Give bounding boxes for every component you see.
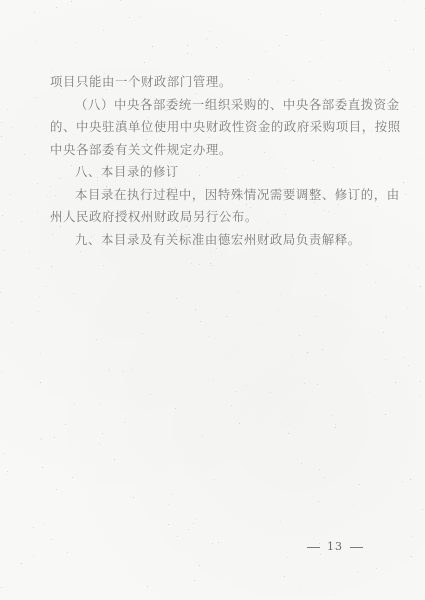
scan-noise xyxy=(301,463,302,464)
scan-noise xyxy=(188,529,189,530)
scan-noise xyxy=(99,403,100,404)
scan-noise xyxy=(411,536,412,537)
scan-noise xyxy=(21,221,22,222)
scan-noise xyxy=(114,459,115,460)
scan-noise xyxy=(21,563,22,564)
scan-noise xyxy=(96,339,97,340)
scan-noise xyxy=(212,543,213,544)
scan-noise xyxy=(339,80,340,81)
scan-noise xyxy=(65,424,66,425)
scan-noise xyxy=(58,98,59,99)
scan-noise xyxy=(213,379,214,380)
scan-noise xyxy=(353,505,354,506)
scan-noise xyxy=(231,405,232,406)
scan-noise xyxy=(131,369,132,370)
scan-noise xyxy=(37,211,38,212)
scan-noise xyxy=(186,226,187,227)
scan-noise xyxy=(328,211,329,212)
scan-noise xyxy=(289,424,290,425)
scan-noise xyxy=(35,41,36,42)
scan-noise xyxy=(375,282,376,283)
scan-noise xyxy=(199,264,200,265)
scan-noise xyxy=(304,383,305,384)
scan-noise xyxy=(414,106,415,107)
scan-noise xyxy=(338,204,339,205)
scan-noise xyxy=(389,70,390,71)
scan-noise xyxy=(371,130,372,131)
scan-noise xyxy=(297,459,298,460)
scan-noise xyxy=(335,424,336,425)
page-number: 13 xyxy=(300,540,370,553)
scan-noise xyxy=(280,521,281,522)
scan-noise xyxy=(191,54,192,55)
scan-noise xyxy=(106,241,107,242)
scan-noise xyxy=(150,394,151,395)
scan-noise xyxy=(133,497,134,498)
scan-noise xyxy=(376,568,377,569)
scan-noise xyxy=(321,57,322,58)
scan-noise xyxy=(10,194,11,195)
scan-noise xyxy=(224,188,225,189)
scan-noise xyxy=(287,101,288,102)
scan-noise xyxy=(323,125,324,126)
scan-noise xyxy=(325,295,326,296)
scan-noise xyxy=(37,183,38,184)
scan-noise xyxy=(43,524,44,525)
scan-noise xyxy=(195,519,196,520)
scan-noise xyxy=(248,79,249,80)
scan-noise xyxy=(129,17,130,18)
text-line-6: 本目录在执行过程中，因特殊情况需要调整、修订的，由 xyxy=(50,184,382,207)
scan-noise xyxy=(382,62,383,63)
scan-noise xyxy=(106,89,107,90)
scan-noise xyxy=(293,80,294,81)
scan-noise xyxy=(280,294,281,295)
scan-noise xyxy=(72,477,73,478)
scan-noise xyxy=(259,230,260,231)
scan-noise xyxy=(278,310,279,311)
scan-noise xyxy=(318,501,319,502)
scan-noise xyxy=(176,298,177,299)
scan-noise xyxy=(205,39,206,40)
scan-noise xyxy=(103,265,104,266)
scan-noise xyxy=(232,198,233,199)
scan-noise xyxy=(50,152,51,153)
scan-noise xyxy=(147,586,148,587)
scan-noise xyxy=(319,543,320,544)
scan-noise xyxy=(299,335,300,336)
scan-noise xyxy=(117,211,118,212)
scan-noise xyxy=(320,14,321,15)
scan-noise xyxy=(403,182,404,183)
scan-noise xyxy=(241,129,242,130)
scan-noise xyxy=(174,170,175,171)
text-line-3: 的、中央驻滇单位使用中央财政性资金的政府采购项目，按照 xyxy=(50,116,382,139)
scan-noise xyxy=(238,177,239,178)
scan-noise xyxy=(71,165,72,166)
scan-noise xyxy=(199,175,200,176)
scan-noise xyxy=(3,453,4,454)
scan-noise xyxy=(1,122,2,123)
scan-noise xyxy=(120,0,121,1)
scan-noise xyxy=(34,12,35,13)
scan-noise xyxy=(108,369,109,370)
scan-noise xyxy=(50,186,51,187)
scan-noise xyxy=(55,195,56,196)
scan-noise xyxy=(176,230,177,231)
scan-noise xyxy=(420,286,421,287)
scan-noise xyxy=(75,42,76,43)
scan-noise xyxy=(309,61,310,62)
scan-noise xyxy=(3,250,4,251)
scan-noise xyxy=(279,45,280,46)
dash-right xyxy=(350,547,363,548)
scan-noise xyxy=(51,539,52,540)
scan-noise xyxy=(152,46,153,47)
scan-noise xyxy=(97,180,98,181)
scan-noise xyxy=(334,548,335,549)
scan-noise xyxy=(97,177,98,178)
text-line-2: （八）中央各部委统一组织采购的、中央各部委直拨资金 xyxy=(50,94,382,117)
scan-noise xyxy=(239,423,240,424)
scan-noise xyxy=(1,371,2,372)
scan-noise xyxy=(103,30,104,31)
scan-noise xyxy=(313,160,314,161)
scan-noise xyxy=(218,542,219,543)
scan-noise xyxy=(391,100,392,101)
scan-noise xyxy=(250,207,251,208)
scan-noise xyxy=(105,144,106,145)
scan-noise xyxy=(335,427,336,428)
scan-noise xyxy=(100,445,101,446)
scan-noise xyxy=(321,40,322,41)
scan-noise xyxy=(36,126,37,127)
scan-noise xyxy=(408,365,409,366)
scan-noise xyxy=(282,422,283,423)
scan-noise xyxy=(123,371,124,372)
scan-noise xyxy=(171,494,172,495)
scan-noise xyxy=(331,415,332,416)
scan-noise xyxy=(80,251,81,252)
scan-noise xyxy=(285,168,286,169)
scan-noise xyxy=(333,167,334,168)
scan-noise xyxy=(411,556,412,557)
scan-noise xyxy=(385,414,386,415)
scan-noise xyxy=(1,587,2,588)
scan-noise xyxy=(148,312,149,313)
scan-noise xyxy=(395,382,396,383)
scan-noise xyxy=(187,53,188,54)
scan-noise xyxy=(261,324,262,325)
scan-noise xyxy=(59,178,60,179)
scan-noise xyxy=(285,214,286,215)
scan-noise xyxy=(319,469,320,470)
scan-noise xyxy=(320,554,321,555)
scan-noise xyxy=(246,204,247,205)
scan-noise xyxy=(410,479,411,480)
scan-noise xyxy=(385,359,386,360)
scan-noise xyxy=(390,57,391,58)
scan-noise xyxy=(67,552,68,553)
scan-noise xyxy=(56,7,57,8)
scan-noise xyxy=(91,236,92,237)
scan-noise xyxy=(168,504,169,505)
scan-noise xyxy=(267,222,268,223)
scan-noise xyxy=(1,136,2,137)
scan-noise xyxy=(177,536,178,537)
scan-noise xyxy=(71,1,72,2)
scan-noise xyxy=(369,392,370,393)
scan-noise xyxy=(38,268,39,269)
scan-noise xyxy=(226,316,227,317)
scan-noise xyxy=(124,422,125,423)
scan-noise xyxy=(148,117,149,118)
scan-noise xyxy=(11,127,12,128)
scan-noise xyxy=(199,75,200,76)
scan-noise xyxy=(29,251,30,252)
scan-noise xyxy=(380,158,381,159)
scan-noise xyxy=(405,194,406,195)
scan-noise xyxy=(60,226,61,227)
scan-noise xyxy=(418,158,419,159)
scan-noise xyxy=(238,292,239,293)
scan-noise xyxy=(315,316,316,317)
scan-noise xyxy=(46,286,47,287)
scan-noise xyxy=(142,333,143,334)
scan-noise xyxy=(265,51,266,52)
scan-noise xyxy=(191,263,192,264)
scan-noise xyxy=(287,557,288,558)
scan-noise xyxy=(352,107,353,108)
scan-noise xyxy=(24,154,25,155)
scan-noise xyxy=(211,265,212,266)
scan-noise xyxy=(210,251,211,252)
scan-noise xyxy=(307,352,308,353)
scan-noise xyxy=(242,175,243,176)
scan-noise xyxy=(33,527,34,528)
scan-noise xyxy=(74,404,75,405)
scan-noise xyxy=(210,263,211,264)
scan-noise xyxy=(194,580,195,581)
scan-noise xyxy=(216,47,217,48)
body-text: 项目只能由一个财政部门管理。 （八）中央各部委统一组织采购的、中央各部委直拨资金… xyxy=(50,71,382,251)
scan-noise xyxy=(383,332,384,333)
scan-noise xyxy=(352,101,353,102)
scan-noise xyxy=(314,202,315,203)
scan-noise xyxy=(246,385,247,386)
scan-noise xyxy=(102,433,103,434)
scan-noise xyxy=(7,471,8,472)
scan-noise xyxy=(51,266,52,267)
scan-noise xyxy=(195,309,196,310)
scan-noise xyxy=(334,594,335,595)
scan-noise xyxy=(187,45,188,46)
scan-noise xyxy=(2,215,3,216)
scan-noise xyxy=(284,576,285,577)
scan-noise xyxy=(63,216,64,217)
scan-noise xyxy=(256,241,257,242)
text-line-1: 项目只能由一个财政部门管理。 xyxy=(50,71,382,94)
scan-noise xyxy=(324,477,325,478)
scan-noise xyxy=(367,264,368,265)
document-page: 项目只能由一个财政部门管理。 （八）中央各部委统一组织采购的、中央各部委直拨资金… xyxy=(0,0,425,600)
scan-noise xyxy=(12,322,13,323)
scan-noise xyxy=(264,152,265,153)
scan-noise xyxy=(214,479,215,480)
scan-noise xyxy=(140,16,141,17)
scan-noise xyxy=(209,31,210,32)
scan-noise xyxy=(200,321,201,322)
scan-noise xyxy=(41,438,42,439)
scan-noise xyxy=(202,435,203,436)
scan-noise xyxy=(270,392,271,393)
scan-noise xyxy=(103,99,104,100)
scan-noise xyxy=(54,437,55,438)
text-line-7: 州人民政府授权州财政局另行公布。 xyxy=(50,206,382,229)
scan-noise xyxy=(94,234,95,235)
scan-noise xyxy=(403,1,404,2)
scan-noise xyxy=(47,196,48,197)
scan-noise xyxy=(40,439,41,440)
scan-noise xyxy=(235,391,236,392)
scan-noise xyxy=(420,381,421,382)
scan-noise xyxy=(385,316,386,317)
scan-noise xyxy=(7,109,8,110)
scan-noise xyxy=(6,474,7,475)
scan-noise xyxy=(52,234,53,235)
dash-left xyxy=(307,547,320,548)
scan-noise xyxy=(40,353,41,354)
scan-noise xyxy=(199,565,200,566)
text-line-4: 中央各部委有关文件规定办理。 xyxy=(50,139,382,162)
scan-noise xyxy=(288,433,289,434)
scan-noise xyxy=(207,167,208,168)
scan-noise xyxy=(197,150,198,151)
scan-noise xyxy=(109,371,110,372)
scan-noise xyxy=(193,523,194,524)
scan-noise xyxy=(168,524,169,525)
scan-noise xyxy=(106,186,107,187)
section-heading-revision: 八、本目录的修订 xyxy=(50,161,382,184)
scan-noise xyxy=(169,162,170,163)
scan-noise xyxy=(315,273,316,274)
scan-noise xyxy=(324,210,325,211)
scan-noise xyxy=(151,242,152,243)
scan-noise xyxy=(165,110,166,111)
scan-noise xyxy=(42,467,43,468)
scan-noise xyxy=(196,93,197,94)
scan-noise xyxy=(377,206,378,207)
scan-noise xyxy=(408,265,409,266)
scan-noise xyxy=(0,292,1,293)
scan-noise xyxy=(402,481,403,482)
scan-noise xyxy=(277,81,278,82)
scan-noise xyxy=(39,296,40,297)
scan-noise xyxy=(216,248,217,249)
scan-noise xyxy=(403,357,404,358)
scan-noise xyxy=(240,109,241,110)
scan-noise xyxy=(413,49,414,50)
scan-noise xyxy=(242,548,243,549)
scan-noise xyxy=(73,293,74,294)
scan-noise xyxy=(395,20,396,21)
scan-noise xyxy=(98,443,99,444)
scan-noise xyxy=(418,267,419,268)
scan-noise xyxy=(146,139,147,140)
scan-noise xyxy=(286,35,287,36)
scan-noise xyxy=(52,70,53,71)
scan-noise xyxy=(359,484,360,485)
scan-noise xyxy=(407,308,408,309)
scan-noise xyxy=(317,384,318,385)
scan-noise xyxy=(420,395,421,396)
scan-noise xyxy=(308,191,309,192)
scan-noise xyxy=(299,587,300,588)
scan-noise xyxy=(36,97,37,98)
scan-noise xyxy=(207,38,208,39)
scan-noise xyxy=(175,187,176,188)
scan-noise xyxy=(322,349,323,350)
scan-noise xyxy=(33,555,34,556)
scan-noise xyxy=(56,489,57,490)
scan-noise xyxy=(99,147,100,148)
scan-noise xyxy=(104,73,105,74)
page-number-value: 13 xyxy=(327,540,343,553)
scan-noise xyxy=(291,356,292,357)
scan-noise xyxy=(209,137,210,138)
scan-noise xyxy=(422,509,423,510)
scan-noise xyxy=(131,145,132,146)
scan-noise xyxy=(40,382,41,383)
scan-noise xyxy=(386,318,387,319)
scan-noise xyxy=(175,408,176,409)
scan-noise xyxy=(144,62,145,63)
scan-noise xyxy=(208,336,209,337)
scan-noise xyxy=(357,572,358,573)
scan-noise xyxy=(61,88,62,89)
scan-noise xyxy=(38,311,39,312)
